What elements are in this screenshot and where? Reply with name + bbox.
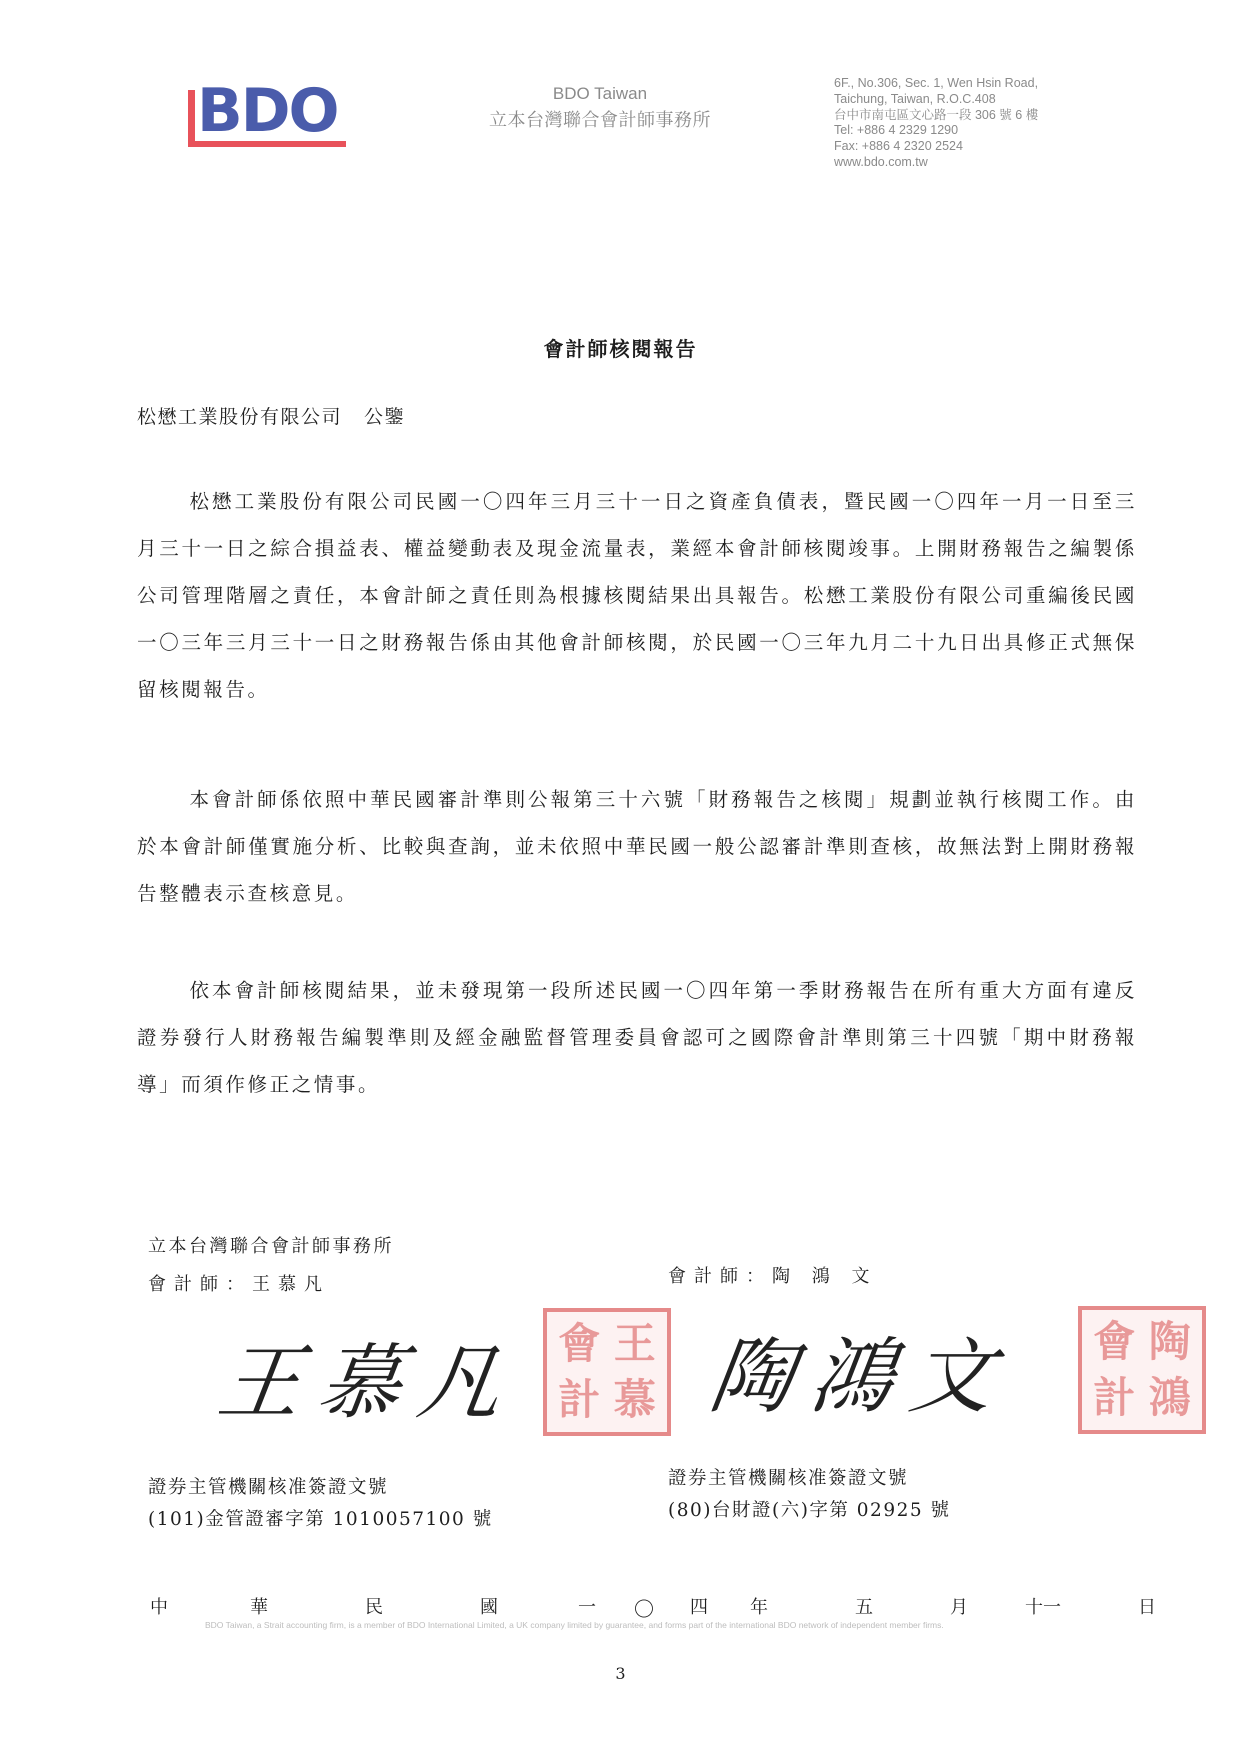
bdo-logo: BDO xyxy=(188,82,353,150)
firm-name-zh: 立本台灣聯合會計師事務所 xyxy=(470,106,730,132)
seal-char: 鴻 xyxy=(1144,1372,1197,1425)
accountant-right-label: 會計師：陶 鴻 文 xyxy=(668,1262,877,1288)
certificate-number: (101)金管證審字第 1010057100 號 xyxy=(148,1504,493,1536)
seal-char: 會 xyxy=(553,1318,606,1371)
date-char: 國 xyxy=(480,1593,498,1619)
firm-name: BDO Taiwan 立本台灣聯合會計師事務所 xyxy=(470,84,730,132)
certificate-left: 證券主管機關核准簽證文號 (101)金管證審字第 1010057100 號 xyxy=(148,1472,493,1536)
firm-name-en: BDO Taiwan xyxy=(470,84,730,104)
seal-stamp-left: 會 王 計 慕 xyxy=(543,1308,671,1436)
addressee-company: 松懋工業股份有限公司 xyxy=(137,406,342,428)
address-line: 6F., No.306, Sec. 1, Wen Hsin Road, xyxy=(834,76,1038,92)
date-char: 年 xyxy=(750,1593,768,1619)
report-title: 會計師核閱報告 xyxy=(0,333,1241,362)
date-char: 〇 xyxy=(634,1593,654,1622)
date-char: 五 xyxy=(855,1593,873,1619)
signing-firm: 立本台灣聯合會計師事務所 xyxy=(148,1232,394,1258)
date-char: 月 xyxy=(950,1593,968,1619)
date-char: 一 xyxy=(578,1593,596,1619)
paragraph-text: 松懋工業股份有限公司民國一〇四年三月三十一日之資產負債表，暨民國一〇四年一月一日… xyxy=(137,490,1137,701)
certificate-title: 證券主管機關核准簽證文號 xyxy=(668,1463,951,1495)
addressee: 松懋工業股份有限公司公鑒 xyxy=(137,402,405,429)
paragraph-1: 松懋工業股份有限公司民國一〇四年三月三十一日之資產負債表，暨民國一〇四年一月一日… xyxy=(137,478,1137,713)
date-char: 日 xyxy=(1138,1593,1156,1619)
certificate-number: (80)台財證(六)字第 02925 號 xyxy=(668,1495,951,1527)
handwritten-signature-right: 陶鴻文 xyxy=(704,1312,1020,1429)
report-date: 中 華 民 國 一 〇 四 年 五 月 十一 日 xyxy=(150,1593,1140,1623)
seal-char: 計 xyxy=(1088,1372,1141,1425)
date-char: 四 xyxy=(690,1593,708,1619)
seal-char: 計 xyxy=(553,1374,606,1427)
page-number: 3 xyxy=(0,1664,1241,1683)
date-char: 民 xyxy=(365,1593,383,1619)
seal-char: 陶 xyxy=(1144,1316,1197,1369)
paragraph-2: 本會計師係依照中華民國審計準則公報第三十六號「財務報告之核閱」規劃並執行核閱工作… xyxy=(137,776,1137,917)
paragraph-text: 依本會計師核閱結果，並未發現第一段所述民國一〇四年第一季財務報告在所有重大方面有… xyxy=(137,979,1137,1096)
website-line: www.bdo.com.tw xyxy=(834,155,1038,171)
tel-line: Tel: +886 4 2329 1290 xyxy=(834,123,1038,139)
date-char: 十一 xyxy=(1025,1593,1061,1619)
fax-line: Fax: +886 4 2320 2524 xyxy=(834,139,1038,155)
handwritten-signature-left: 王慕凡 xyxy=(212,1318,528,1435)
seal-stamp-right: 會 陶 計 鴻 xyxy=(1078,1306,1206,1434)
logo-text: BDO xyxy=(197,76,338,146)
footer-legal-note: BDO Taiwan, a Strait accounting firm, is… xyxy=(205,1620,1065,1631)
seal-char: 會 xyxy=(1088,1316,1141,1369)
certificate-right: 證券主管機關核准簽證文號 (80)台財證(六)字第 02925 號 xyxy=(668,1463,951,1527)
date-char: 中 xyxy=(150,1593,168,1619)
date-char: 華 xyxy=(250,1593,268,1619)
address-line: Taichung, Taiwan, R.O.C.408 xyxy=(834,92,1038,108)
addressee-suffix: 公鑒 xyxy=(364,406,405,428)
seal-char: 王 xyxy=(609,1318,662,1371)
address-line: 台中市南屯區文心路一段 306 號 6 樓 xyxy=(834,108,1038,124)
accountant-left-label: 會計師：王慕凡 xyxy=(148,1270,330,1296)
firm-address: 6F., No.306, Sec. 1, Wen Hsin Road, Taic… xyxy=(834,76,1038,171)
seal-char: 慕 xyxy=(609,1374,662,1427)
paragraph-3: 依本會計師核閱結果，並未發現第一段所述民國一〇四年第一季財務報告在所有重大方面有… xyxy=(137,967,1137,1108)
logo-red-bar-vertical xyxy=(188,90,195,146)
certificate-title: 證券主管機關核准簽證文號 xyxy=(148,1472,493,1504)
paragraph-text: 本會計師係依照中華民國審計準則公報第三十六號「財務報告之核閱」規劃並執行核閱工作… xyxy=(137,788,1137,905)
